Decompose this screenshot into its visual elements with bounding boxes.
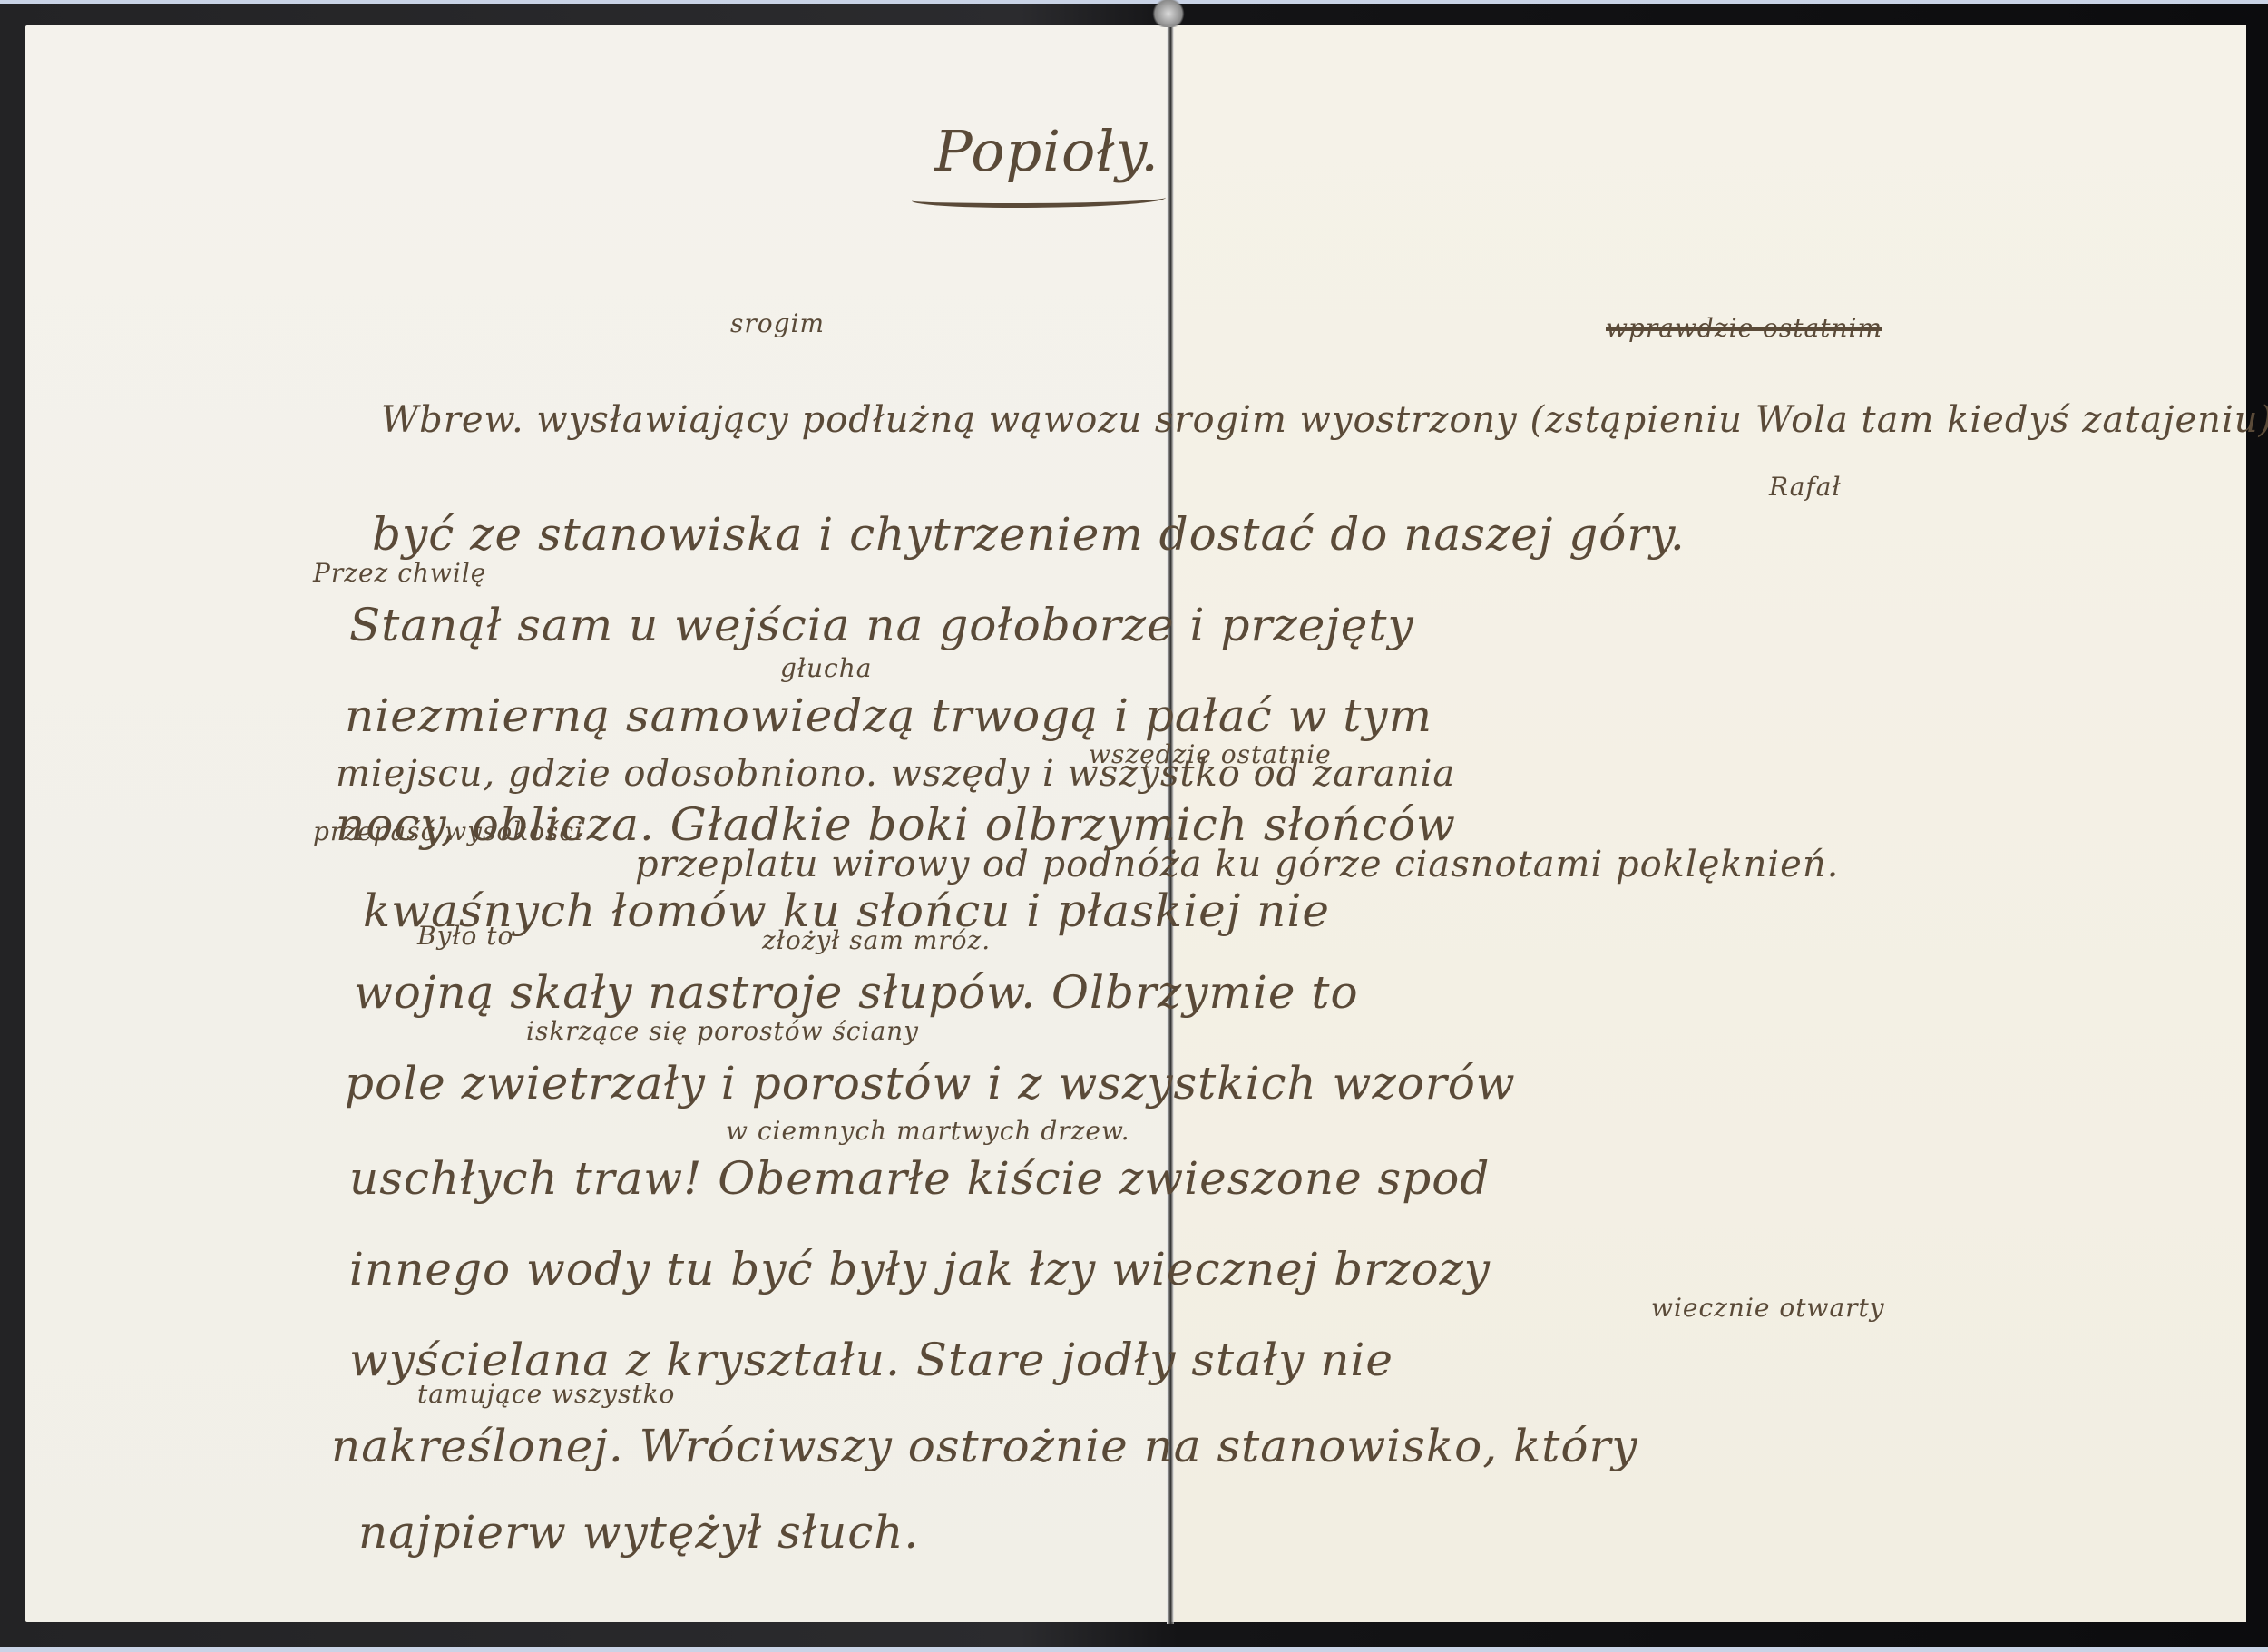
bottom-edge	[0, 1647, 2268, 1652]
insertion-line-1a: srogim	[730, 308, 825, 338]
insertion-line-14: tamujące wszystko	[417, 1379, 675, 1409]
top-edge	[0, 0, 2268, 4]
manuscript-line-10: pole zwietrzały i porostów i z wszystkic…	[345, 1057, 1516, 1109]
insertion-line-1b: wprawdzie ostatnim	[1606, 313, 1882, 343]
binding-clip	[1150, 0, 1187, 27]
insertion-line-4: głucha	[780, 653, 872, 683]
manuscript-line-15: najpierw wytężył słuch.	[358, 1506, 919, 1559]
manuscript-line-12: innego wody tu być były jak łzy wiecznej…	[349, 1243, 1491, 1295]
insertion-line-9b: złożył sam mróz.	[762, 925, 991, 955]
manuscript-line-9: wojną skały nastroje słupów. Olbrzymie t…	[354, 966, 1359, 1019]
insertion-line-10: iskrzące się porostów ściany	[526, 1016, 919, 1046]
manuscript-line-3: Stanął sam u wejścia na gołoborze i prze…	[349, 599, 1414, 651]
insertion-line-13: wiecznie otwarty	[1651, 1293, 1885, 1323]
insertion-line-9a: Było to	[417, 921, 513, 951]
manuscript-line-5: miejscu, gdzie odosobniono. wszędy i wsz…	[336, 753, 1455, 795]
manuscript-line-2: być ze stanowiska i chytrzeniem dostać d…	[372, 508, 1686, 561]
manuscript-title: Popioły.	[934, 118, 1159, 184]
margin-note-line-7: przepaść wysokości	[313, 816, 583, 846]
manuscript-line-14: nakreślonej. Wróciwszy ostrożnie na stan…	[331, 1420, 1638, 1472]
manuscript-line-11: uschłych traw! Obemarłe kiście zwieszone…	[349, 1152, 1490, 1205]
manuscript-line-1: Wbrew. wysławiający podłużną wąwozu srog…	[381, 399, 2268, 441]
manuscript-line-7: przeplatu wirowy od podnóża ku górze cia…	[635, 844, 1839, 885]
margin-note-line-3: Przez chwilę	[313, 558, 486, 588]
insertion-line-2: Rafał	[1769, 472, 1842, 502]
insertion-line-11: w ciemnych martwych drzew.	[726, 1116, 1130, 1146]
manuscript-line-4: niezmierną samowiedzą trwogą i pałać w t…	[345, 689, 1432, 742]
